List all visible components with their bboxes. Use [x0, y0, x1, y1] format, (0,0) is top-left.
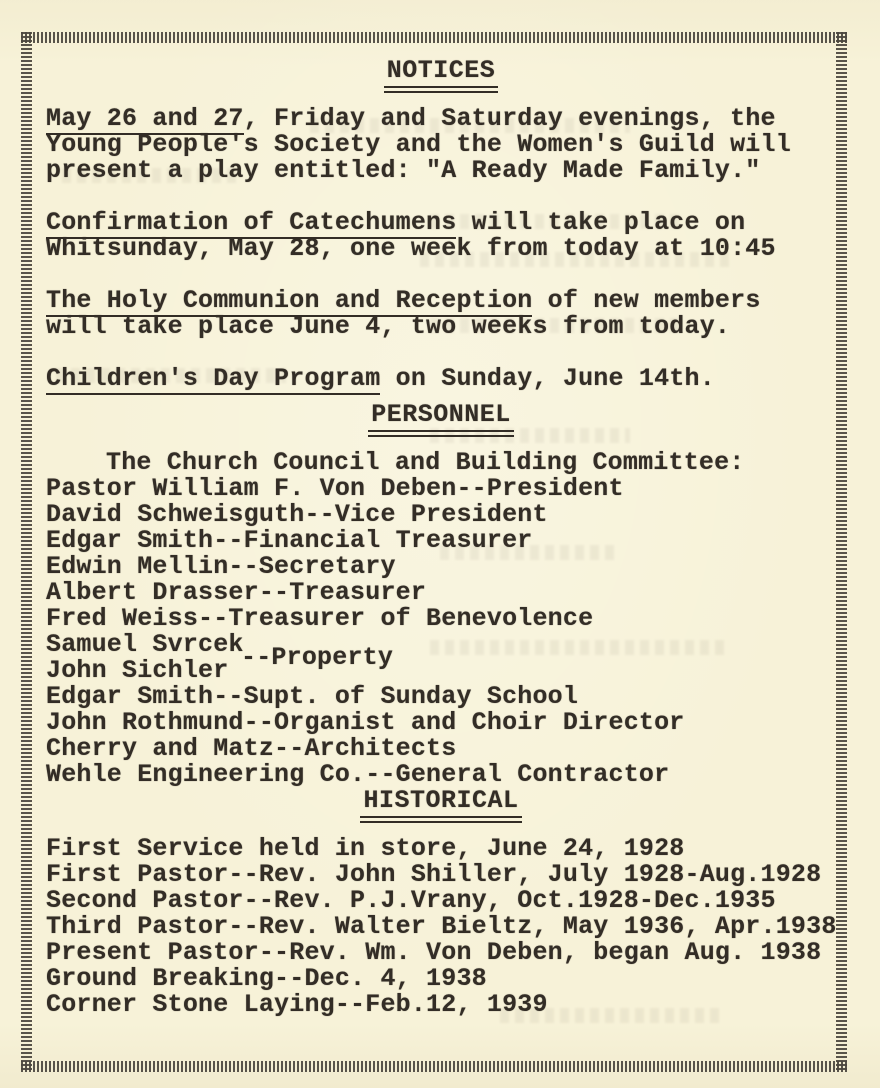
notice-item: The Holy Communion and Reception of new … — [46, 288, 811, 340]
personnel-section: PERSONNEL The Church Council and Buildin… — [46, 402, 836, 788]
historical-entry: Present Pastor--Rev. Wm. Von Deben, bega… — [46, 940, 836, 966]
notices-section: NOTICES May 26 and 27, Friday and Saturd… — [46, 58, 836, 392]
roster-entry: Samuel Svrcek — [46, 632, 836, 658]
roster-entry: David Schweisguth--Vice President — [46, 502, 836, 528]
roster-entry: John Rothmund--Organist and Choir Direct… — [46, 710, 836, 736]
notice-item-rest: on Sunday, June 14th. — [380, 364, 714, 393]
notice-item-lead: Children's Day Program — [46, 364, 380, 395]
historical-entry: First Pastor--Rev. John Shiller, July 19… — [46, 862, 836, 888]
roster-entry: Cherry and Matz--Architects — [46, 736, 836, 762]
roster-entry: Albert Drasser--Treasurer — [46, 580, 836, 606]
historical-heading: HISTORICAL — [46, 788, 836, 814]
historical-entry: First Service held in store, June 24, 19… — [46, 836, 836, 862]
notice-item: Children's Day Program on Sunday, June 1… — [46, 366, 811, 392]
historical-entry: Corner Stone Laying--Feb.12, 1939 — [46, 992, 836, 1018]
page-content: NOTICES May 26 and 27, Friday and Saturd… — [46, 58, 836, 1018]
roster-entry: John Sichler — [46, 658, 836, 684]
historical-heading-text: HISTORICAL — [360, 786, 521, 823]
border-edge-bottom — [21, 1061, 847, 1072]
notice-item: May 26 and 27, Friday and Saturday eveni… — [46, 106, 811, 184]
notices-heading: NOTICES — [46, 58, 836, 84]
roster-entry: Pastor William F. Von Deben--President — [46, 476, 836, 502]
personnel-heading-text: PERSONNEL — [368, 400, 514, 437]
roster-entry: Wehle Engineering Co.--General Contracto… — [46, 762, 836, 788]
border-edge-right — [836, 32, 847, 1072]
personnel-intro: The Church Council and Building Committe… — [46, 450, 836, 476]
historical-entry: Second Pastor--Rev. P.J.Vrany, Oct.1928-… — [46, 888, 836, 914]
border-edge-top — [21, 32, 847, 43]
roster-entry: Edgar Smith--Financial Treasurer — [46, 528, 836, 554]
roster-entry: Edgar Smith--Supt. of Sunday School — [46, 684, 836, 710]
roster-entry: Fred Weiss--Treasurer of Benevolence — [46, 606, 836, 632]
notices-heading-text: NOTICES — [384, 56, 499, 93]
historical-section: HISTORICAL First Service held in store, … — [46, 788, 836, 1018]
roster-entry: Edwin Mellin--Secretary — [46, 554, 836, 580]
notice-item: Confirmation of Catechumens will take pl… — [46, 210, 811, 262]
historical-entry: Third Pastor--Rev. Walter Bieltz, May 19… — [46, 914, 836, 940]
border-edge-left — [21, 32, 32, 1072]
personnel-heading: PERSONNEL — [46, 402, 836, 428]
property-committee-group: Samuel Svrcek John Sichler --Property — [46, 632, 836, 684]
property-role-label: --Property — [241, 645, 393, 671]
scanned-church-bulletin-page: NOTICES May 26 and 27, Friday and Saturd… — [0, 0, 880, 1088]
historical-entry: Ground Breaking--Dec. 4, 1938 — [46, 966, 836, 992]
